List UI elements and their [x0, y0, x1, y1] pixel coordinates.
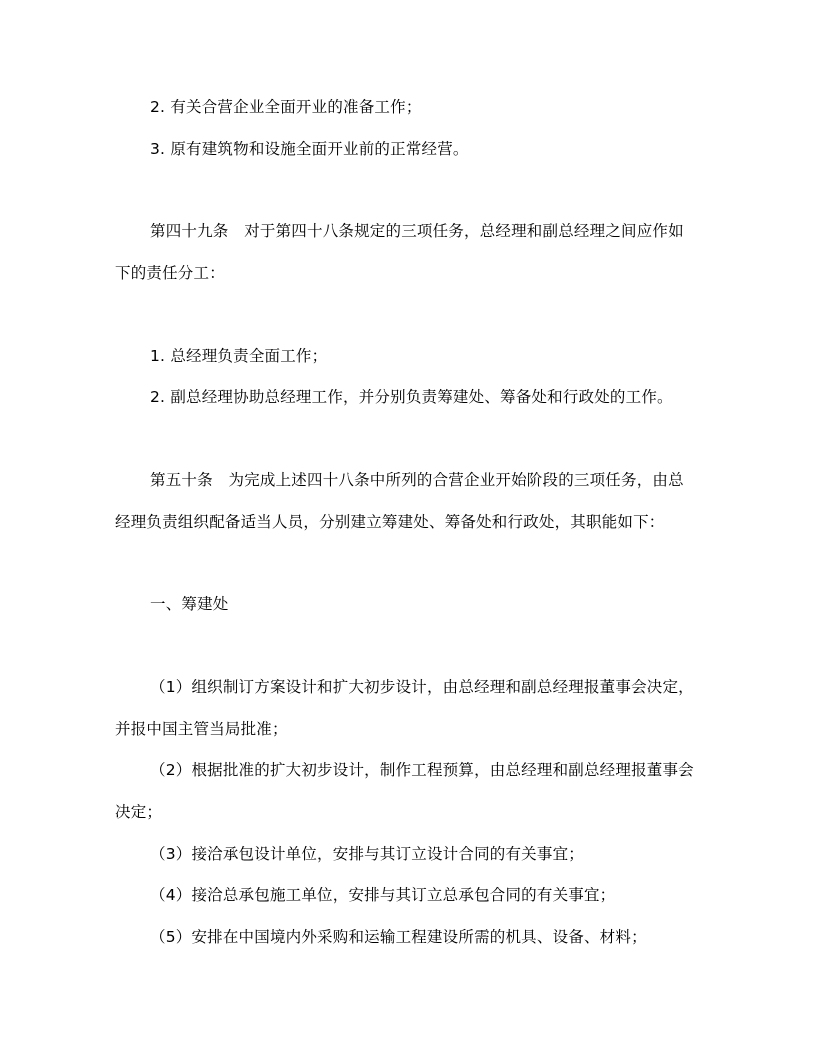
item-2-line-2: 决定；: [115, 802, 162, 822]
item-1-line-2: 并报中国主管当局批准；: [115, 719, 288, 739]
article-50-line-2: 经理负责组织配备适当人员，分别建立筹建处、筹备处和行政处，其职能如下：: [115, 512, 665, 532]
list-item-2-preparation: 2. 有关合营企业全面开业的准备工作；: [150, 97, 422, 117]
item-2-line-1: （2）根据批准的扩大初步设计，制作工程预算，由总经理和副总经理报董事会: [150, 760, 694, 780]
item-4: （4）接洽总承包施工单位，安排与其订立总承包合同的有关事宜；: [150, 885, 615, 905]
list-item-3-operation: 3. 原有建筑物和设施全面开业前的正常经营。: [150, 139, 469, 159]
item-1-line-1: （1）组织制订方案设计和扩大初步设计，由总经理和副总经理报董事会决定，: [150, 677, 694, 697]
article-49-line-1: 第四十九条 对于第四十八条规定的三项任务，总经理和副总经理之间应作如: [150, 221, 684, 241]
item-3: （3）接洽承包设计单位，安排与其订立设计合同的有关事宜；: [150, 844, 584, 864]
section-heading-construction-office: 一、筹建处: [150, 594, 229, 614]
article-49-line-2: 下的责任分工：: [115, 263, 225, 283]
item-5: （5）安排在中国境内外采购和运输工程建设所需的机具、设备、材料；: [150, 927, 647, 947]
list-item-2-deputy-duties: 2. 副总经理协助总经理工作，并分别负责筹建处、筹备处和行政处的工作。: [150, 387, 673, 407]
document-page: 2. 有关合营企业全面开业的准备工作； 3. 原有建筑物和设施全面开业前的正常经…: [0, 0, 816, 1056]
article-50-line-1: 第五十条 为完成上述四十八条中所列的合营企业开始阶段的三项任务，由总: [150, 470, 684, 490]
list-item-1-gm-duties: 1. 总经理负责全面工作；: [150, 346, 327, 366]
